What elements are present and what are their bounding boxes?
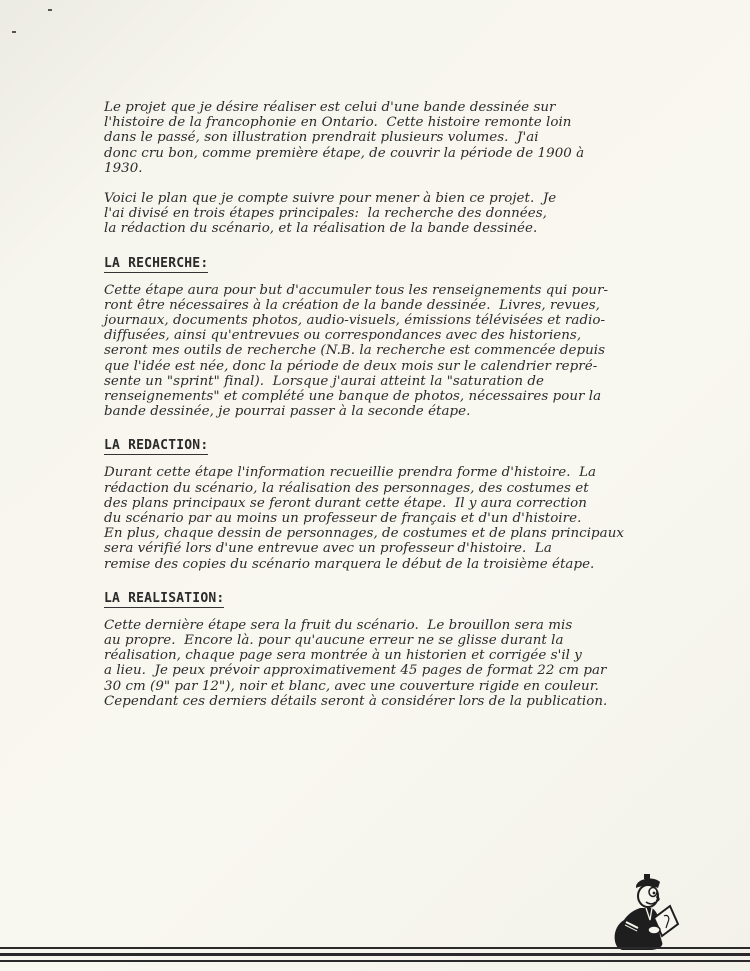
section-heading: LA REDACTION:	[104, 438, 208, 455]
text-line: dans le passé, son illustration prendrai…	[104, 130, 664, 145]
paper-speck	[48, 9, 52, 11]
text-line: donc cru bon, comme première étape, de c…	[104, 146, 664, 161]
text-line: Cette dernière étape sera la fruit du sc…	[104, 618, 664, 633]
text-line: Cependant ces derniers détails seront à …	[104, 694, 664, 709]
text-line: sera vérifié lors d'une entrevue avec un…	[104, 541, 664, 556]
text-line: Cette étape aura pour but d'accumuler to…	[104, 283, 664, 298]
paper-speck	[12, 31, 16, 33]
text-line: Le projet que je désire réaliser est cel…	[104, 100, 664, 115]
text-line: 1930.	[104, 161, 664, 176]
text-line: l'ai divisé en trois étapes principales:…	[104, 206, 664, 221]
text-line: réalisation, chaque page sera montrée à …	[104, 648, 664, 663]
text-line: seront mes outils de recherche (N.B. la …	[104, 343, 664, 358]
plan-paragraph: Voici le plan que je compte suivre pour …	[104, 191, 664, 237]
section-realisation: LA REALISATION: Cette dernière étape ser…	[104, 587, 664, 709]
text-line: au propre. Encore là. pour qu'aucune err…	[104, 633, 664, 648]
section-redaction: LA REDACTION: Durant cette étape l'infor…	[104, 434, 664, 571]
text-line: bande dessinée, je pourrai passer à la s…	[104, 404, 664, 419]
text-line: l'histoire de la francophonie en Ontario…	[104, 115, 664, 130]
intro-paragraph: Le projet que je désire réaliser est cel…	[104, 100, 664, 176]
text-line: des plans principaux se feront durant ce…	[104, 496, 664, 511]
text-line: rédaction du scénario, la réalisation de…	[104, 481, 664, 496]
text-line: sente un "sprint" final). Lorsque j'aura…	[104, 374, 664, 389]
document-body: Le projet que je désire réaliser est cel…	[104, 100, 664, 709]
text-line: remise des copies du scénario marquera l…	[104, 557, 664, 572]
text-line: ront être nécessaires à la création de l…	[104, 298, 664, 313]
text-line: Durant cette étape l'information recueil…	[104, 465, 664, 480]
text-line: En plus, chaque dessin de personnages, d…	[104, 526, 664, 541]
text-line: diffusées, ainsi qu'entrevues ou corresp…	[104, 328, 664, 343]
section-heading: LA RECHERCHE:	[104, 256, 208, 273]
text-line: renseignements" et complété une banque d…	[104, 389, 664, 404]
footer-rule	[0, 947, 750, 949]
text-line: du scénario par au moins un professeur d…	[104, 511, 664, 526]
footer-rule	[0, 953, 750, 956]
text-line: journaux, documents photos, audio-visuel…	[104, 313, 664, 328]
text-line: Voici le plan que je compte suivre pour …	[104, 191, 664, 206]
text-line: a lieu. Je peux prévoir approximativemen…	[104, 663, 664, 678]
text-line: 30 cm (9" par 12"), noir et blanc, avec …	[104, 679, 664, 694]
text-line: la rédaction du scénario, et la réalisat…	[104, 221, 664, 236]
document-page: Le projet que je désire réaliser est cel…	[0, 0, 750, 971]
section-heading: LA REALISATION:	[104, 591, 224, 608]
section-recherche: LA RECHERCHE: Cette étape aura pour but …	[104, 252, 664, 420]
footer-rule	[0, 960, 750, 962]
text-line: que l'idée est née, donc la période de d…	[104, 359, 664, 374]
cartoon-character-reading-icon	[608, 870, 688, 952]
